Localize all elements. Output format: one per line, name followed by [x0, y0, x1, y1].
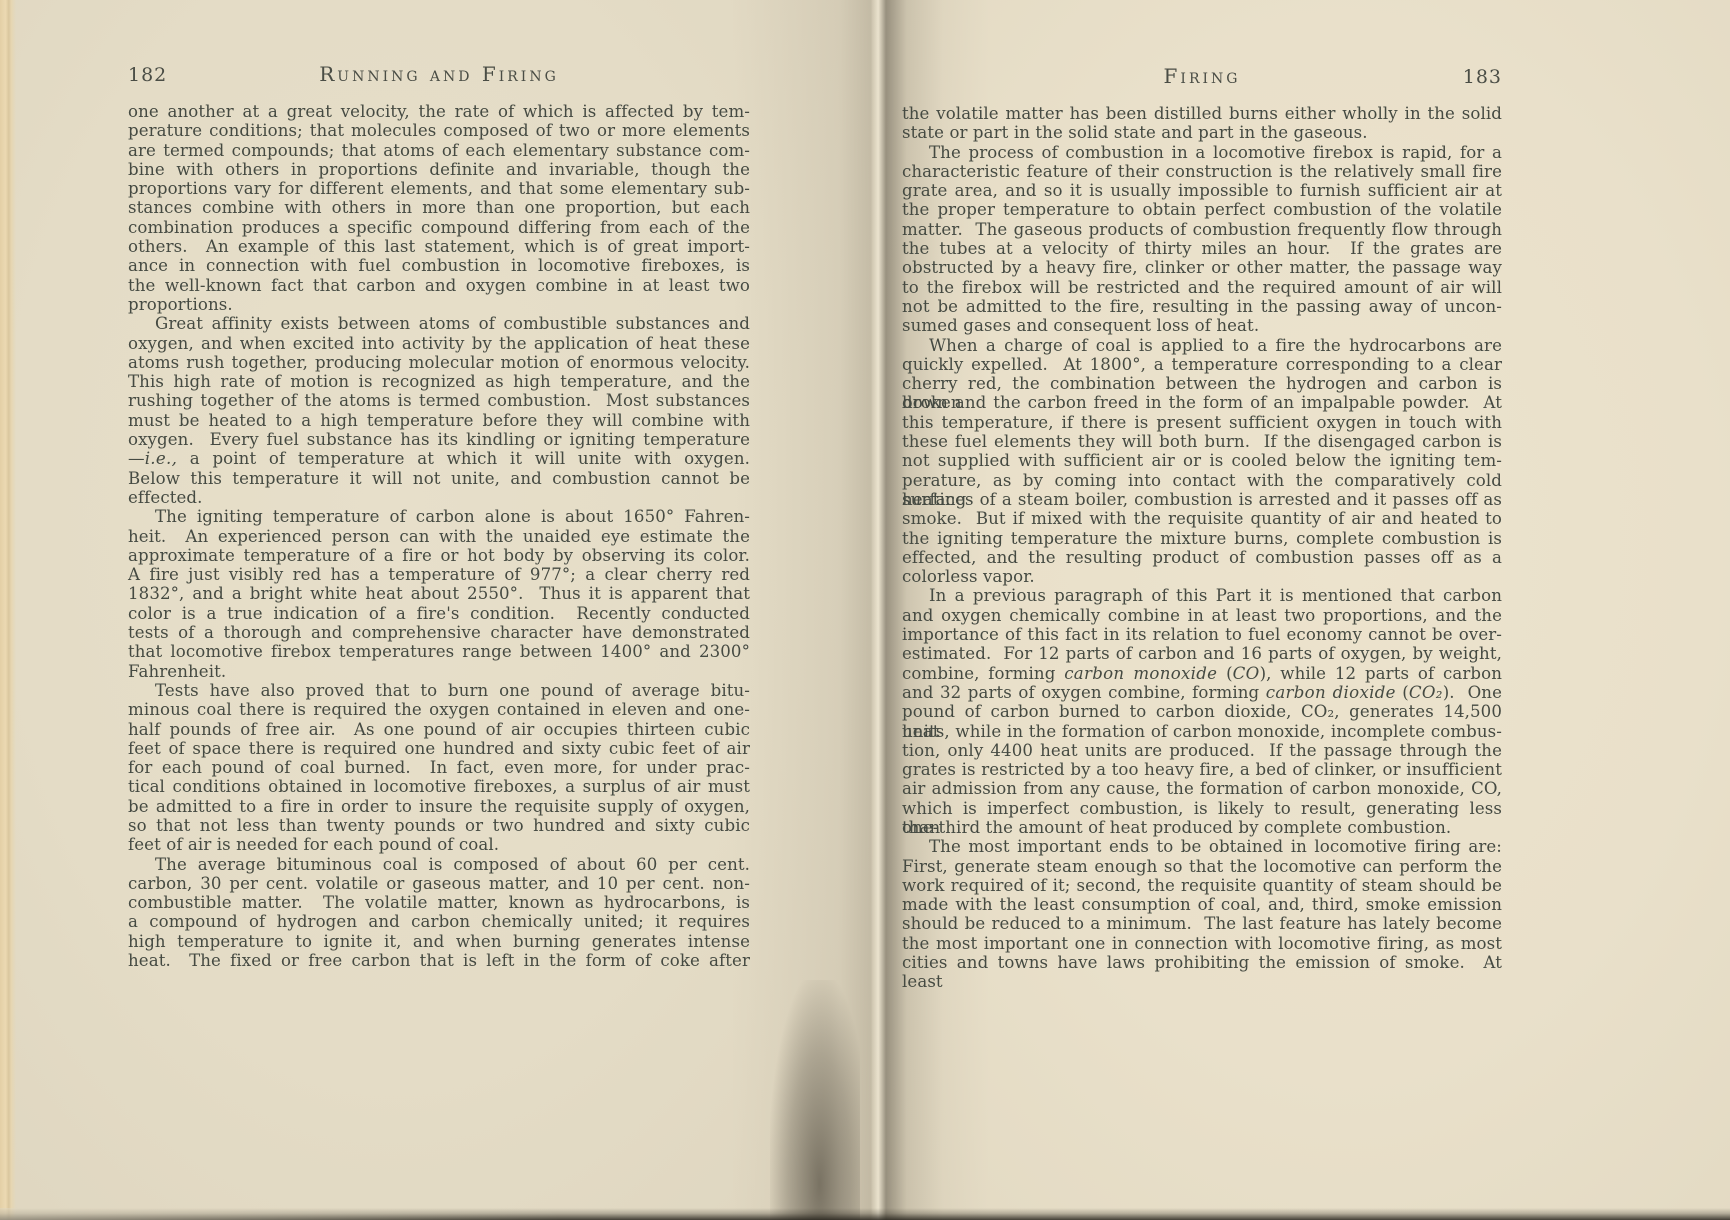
text-line: down and the carbon freed in the form of… [902, 393, 1502, 412]
text-line: Tests have also proved that to burn one … [128, 681, 750, 700]
text-line: matter. The gaseous products of combusti… [902, 220, 1502, 239]
text-line: quickly expelled. At 1800°, a temperatur… [902, 355, 1502, 374]
text-line: First, generate steam enough so that the… [902, 857, 1502, 876]
text-line: feet of air is needed for each pound of … [128, 835, 750, 854]
text-line: that locomotive firebox temperatures ran… [128, 642, 750, 661]
text-line: the well-known fact that carbon and oxyg… [128, 276, 750, 295]
text-line: The most important ends to be obtained i… [902, 837, 1502, 856]
text-line: grates is restricted by a too heavy fire… [902, 760, 1502, 779]
text-line: When a charge of coal is applied to a fi… [902, 336, 1502, 355]
text-line: one another at a great velocity, the rat… [128, 102, 750, 121]
text-line: cities and towns have laws prohibiting t… [902, 953, 1502, 972]
text-line: bine with others in proportions definite… [128, 160, 750, 179]
text-line: must be heated to a high temperature bef… [128, 411, 750, 430]
text-line: the tubes at a velocity of thirty miles … [902, 239, 1502, 258]
text-line: Below this temperature it will not unite… [128, 469, 750, 488]
text-line: proportions. [128, 295, 750, 314]
text-line: atoms rush together, producing molecular… [128, 353, 750, 372]
text-line: the volatile matter has been distilled b… [902, 104, 1502, 123]
text-line: oxygen. Every fuel substance has its kin… [128, 430, 750, 449]
text-line: The process of combustion in a locomotiv… [902, 143, 1502, 162]
text-line: not supplied with sufficient air or is c… [902, 451, 1502, 470]
text-line: effected. [128, 488, 750, 507]
text-line: obstructed by a heavy fire, clinker or o… [902, 258, 1502, 277]
text-line: the igniting temperature the mixture bur… [902, 529, 1502, 548]
right-page-body: the volatile matter has been distilled b… [902, 104, 1502, 972]
text-line: combustible matter. The volatile matter,… [128, 893, 750, 912]
text-line: stances combine with others in more than… [128, 198, 750, 217]
text-line: for each pound of coal burned. In fact, … [128, 758, 750, 777]
page-deckle-edge [0, 0, 16, 1220]
text-line: 1832°, and a bright white heat about 255… [128, 584, 750, 603]
text-line: units, while in the formation of carbon … [902, 722, 1502, 741]
text-line: —i.e., a point of temperature at which i… [128, 449, 750, 468]
book-scan: 182 Running and Firing one another at a … [0, 0, 1730, 1220]
text-line: estimated. For 12 parts of carbon and 16… [902, 644, 1502, 663]
text-line: proportions vary for different elements,… [128, 179, 750, 198]
text-line: grate area, and so it is usually impossi… [902, 181, 1502, 200]
text-line: A fire just visibly red has a temperatur… [128, 565, 750, 584]
text-line: to the firebox will be restricted and th… [902, 278, 1502, 297]
text-line: combination produces a specific compound… [128, 218, 750, 237]
text-line: the most important one in connection wit… [902, 934, 1502, 953]
text-line: This high rate of motion is recognized a… [128, 372, 750, 391]
text-line: should be reduced to a minimum. The last… [902, 914, 1502, 933]
text-line: air admission from any cause, the format… [902, 779, 1502, 798]
text-line: sumed gases and consequent loss of heat. [902, 316, 1502, 335]
text-line: and oxygen chemically combine in at leas… [902, 606, 1502, 625]
text-line: perature, as by coming into contact with… [902, 471, 1502, 490]
text-line: importance of this fact in its relation … [902, 625, 1502, 644]
text-line: and 32 parts of oxygen combine, forming … [902, 683, 1502, 702]
text-line: the proper temperature to obtain perfect… [902, 200, 1502, 219]
text-line: Great affinity exists between atoms of c… [128, 314, 750, 333]
text-line: be admitted to a fire in order to insure… [128, 797, 750, 816]
text-line: cherry red, the combination between the … [902, 374, 1502, 393]
text-line: perature conditions; that molecules comp… [128, 121, 750, 140]
text-line: state or part in the solid state and par… [902, 123, 1502, 142]
text-line: not be admitted to the fire, resulting i… [902, 297, 1502, 316]
text-line: tion, only 4400 heat units are produced.… [902, 741, 1502, 760]
left-page-body: one another at a great velocity, the rat… [128, 102, 750, 970]
text-line: these fuel elements they will both burn.… [902, 432, 1502, 451]
text-line: characteristic feature of their construc… [902, 162, 1502, 181]
text-line: color is a true indication of a fire's c… [128, 604, 750, 623]
text-line: heat. The fixed or free carbon that is l… [128, 951, 750, 970]
text-line: colorless vapor. [902, 567, 1502, 586]
scan-bottom-edge-fade [0, 1208, 560, 1220]
text-line: tests of a thorough and comprehensive ch… [128, 623, 750, 642]
text-line: this temperature, if there is present su… [902, 413, 1502, 432]
text-line: combine, forming carbon monoxide (CO), w… [902, 664, 1502, 683]
text-line: feet of space there is required one hund… [128, 739, 750, 758]
text-line: carbon, 30 per cent. volatile or gaseous… [128, 874, 750, 893]
text-line: oxygen, and when excited into activity b… [128, 334, 750, 353]
text-line: heit. An experienced person can with the… [128, 527, 750, 546]
text-line: high temperature to ignite it, and when … [128, 932, 750, 951]
book-gutter-bottom-shadow [770, 980, 860, 1220]
text-line: so that not less than twenty pounds or t… [128, 816, 750, 835]
text-line: minous coal there is required the oxygen… [128, 700, 750, 719]
text-line: half pounds of free air. As one pound of… [128, 720, 750, 739]
left-running-head: Running and Firing [128, 62, 750, 86]
text-line: Fahrenheit. [128, 662, 750, 681]
text-line: surfaces of a steam boiler, combustion i… [902, 490, 1502, 509]
right-page-number: 183 [902, 66, 1502, 88]
text-line: In a previous paragraph of this Part it … [902, 586, 1502, 605]
text-line: tical conditions obtained in locomotive … [128, 777, 750, 796]
text-line: made with the least consumption of coal,… [902, 895, 1502, 914]
text-line: one-third the amount of heat produced by… [902, 818, 1502, 837]
text-line: ance in connection with fuel combustion … [128, 256, 750, 275]
text-line: which is imperfect combustion, is likely… [902, 799, 1502, 818]
text-line: others. An example of this last statemen… [128, 237, 750, 256]
text-line: pound of carbon burned to carbon dioxide… [902, 702, 1502, 721]
text-line: The igniting temperature of carbon alone… [128, 507, 750, 526]
text-line: The average bituminous coal is composed … [128, 855, 750, 874]
text-line: smoke. But if mixed with the requisite q… [902, 509, 1502, 528]
text-line: effected, and the resulting product of c… [902, 548, 1502, 567]
text-line: work required of it; second, the requisi… [902, 876, 1502, 895]
text-line: rushing together of the atoms is termed … [128, 391, 750, 410]
text-line: a compound of hydrogen and carbon chemic… [128, 912, 750, 931]
text-line: approximate temperature of a fire or hot… [128, 546, 750, 565]
text-line: are termed compounds; that atoms of each… [128, 141, 750, 160]
